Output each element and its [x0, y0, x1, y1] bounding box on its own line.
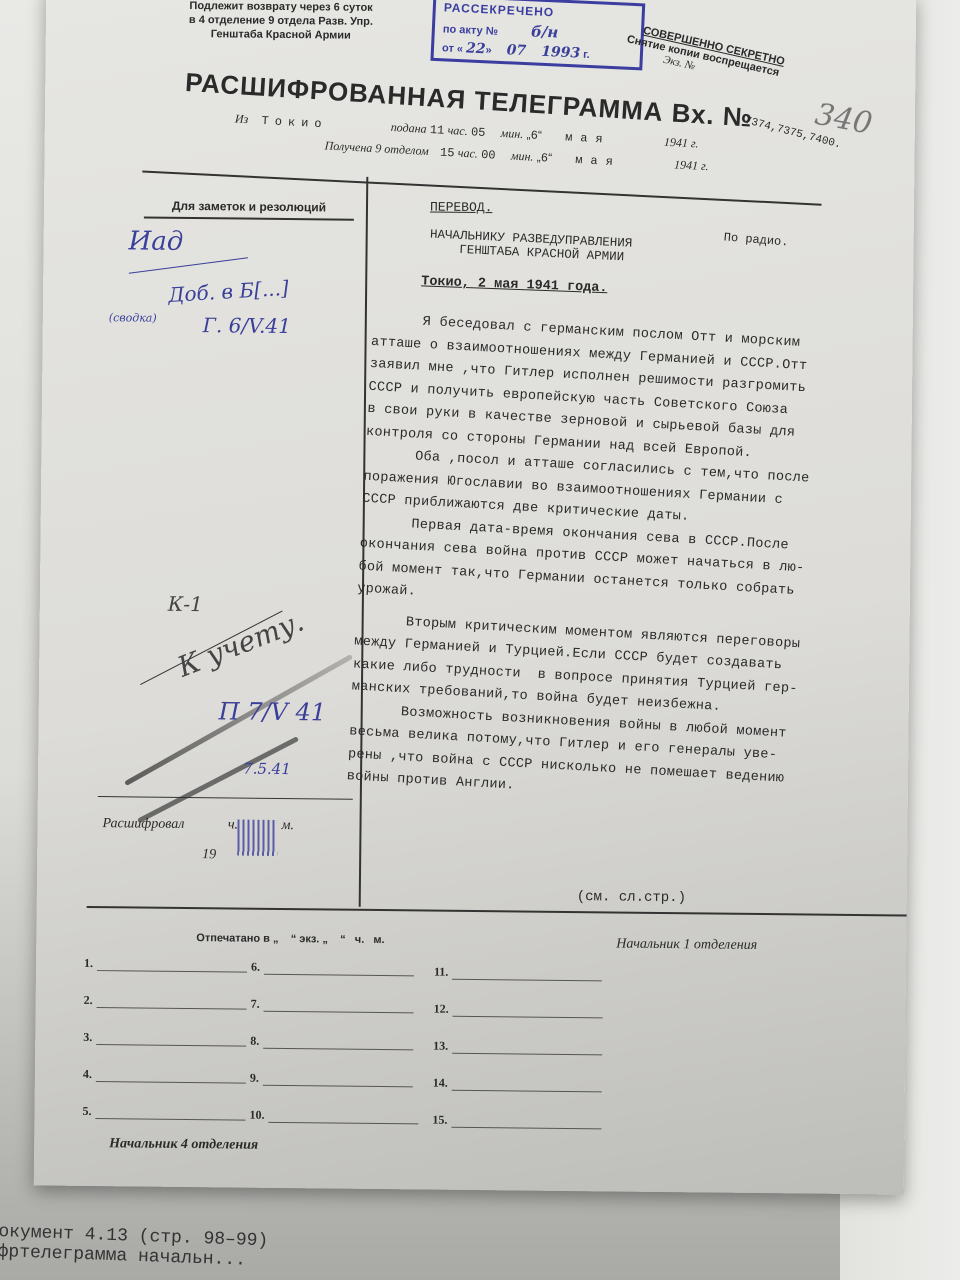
printed-copies-label: Отпечатано в „ “ экз. „ “ ч. м.	[196, 932, 384, 946]
sent-hour: 11	[430, 123, 445, 138]
place-date: Токио, 2 мая 1941 года.	[421, 274, 608, 296]
stamp-act-number: б/н	[531, 22, 559, 41]
copy-item-blank	[452, 1053, 602, 1056]
copy-item-blank	[264, 974, 414, 977]
copy-item-blank	[263, 1048, 413, 1051]
copy-item-number: 8.	[250, 1034, 259, 1048]
copy-item-blank	[452, 1090, 602, 1093]
minute-label: мин.	[500, 126, 523, 141]
sent-month: мая	[565, 130, 611, 146]
ink-scribble	[237, 820, 277, 856]
received-year: 1941 г.	[674, 157, 709, 173]
stamp-day: 22	[466, 40, 486, 57]
document-page: Подлежит возврату через 6 суток в 4 отде…	[34, 0, 917, 1195]
pencil-stroke	[137, 736, 299, 823]
copy-item-blank	[263, 1085, 413, 1088]
copy-item-number: 11.	[434, 965, 448, 979]
copy-item-number: 15.	[432, 1113, 447, 1127]
copy-item-blank	[97, 970, 247, 973]
received-label: Получена 9 отделом	[324, 138, 429, 158]
handwritten-note: Доб. в Б[...]	[168, 276, 290, 307]
translation-label: ПЕРЕВОД.	[430, 200, 493, 216]
handwritten-note: Иад	[128, 226, 183, 257]
pencil-note: К учету.	[173, 605, 308, 684]
copy-item-blank	[451, 1127, 601, 1130]
copy-item-blank	[96, 1044, 246, 1047]
addressee: НАЧАЛЬНИКУ РАЗВЕДУПРАВЛЕНИЯ ГЕНШТАБА КРА…	[429, 228, 633, 265]
handwritten-note: (сводка)	[109, 311, 157, 325]
sent-minute: 05	[471, 125, 486, 140]
copy-item-number: 4.	[83, 1067, 92, 1081]
copy-item-number: 9.	[250, 1071, 259, 1085]
sent-day: 6	[530, 128, 538, 142]
copy-item-number: 12.	[434, 1002, 449, 1016]
stamp-act-label: по акту №	[443, 23, 499, 37]
continued-note: (см. сл.стр.)	[577, 889, 686, 906]
copy-item-number: 2.	[84, 993, 93, 1007]
copy-item-number: 7.	[251, 997, 260, 1011]
received-hour: 15	[440, 146, 455, 161]
handwritten-underline	[129, 257, 248, 273]
footer-rule	[87, 906, 907, 917]
copy-item-blank	[452, 979, 602, 982]
copy-list-col-2: 6. 7. 8. 9. 10.	[249, 960, 420, 1147]
copy-item-blank	[268, 1122, 418, 1125]
message-body: Я беседовал с германским послом Отт и мо…	[346, 309, 817, 814]
notes-heading: Для заметок и резолюций	[144, 199, 354, 221]
from-label: Из	[235, 111, 249, 126]
copy-item-blank	[97, 1007, 247, 1010]
stamp-year: 1993	[541, 44, 581, 62]
return-note-line: Генштаба Красной Армии	[151, 27, 411, 44]
stamp-month: 07	[506, 42, 526, 59]
pencil-note: К-1	[168, 592, 203, 616]
copy-item-number: 5.	[82, 1104, 91, 1118]
hour-label: час.	[447, 123, 468, 138]
return-note-line: в 4 отделение 9 отдела Разв. Упр.	[151, 13, 411, 30]
classification-block: СОВЕРШЕННО СЕКРЕТНО Снятие копии воспрещ…	[623, 22, 786, 92]
decrypt-minute-label: м.	[281, 818, 294, 833]
received-day: 6	[540, 151, 548, 165]
book-caption: окумент 4.13 (стр. 98–99) фртелеграмма н…	[0, 1222, 269, 1271]
sent-label: подана	[390, 120, 427, 136]
decrypt-year-line: 19	[202, 847, 216, 863]
copy-item-blank	[95, 1118, 245, 1121]
decrypted-label: Расшифровал	[102, 816, 184, 832]
copy-list-col-3: 11. 12. 13. 14. 15.	[432, 965, 603, 1152]
chief-dept-4: Начальник 4 отделения	[109, 1136, 258, 1154]
minute-label: мин.	[511, 148, 534, 163]
copy-item-blank	[453, 1016, 603, 1019]
decrypt-rule	[98, 796, 353, 800]
declassified-stamp: РАССЕКРЕЧЕНО по акту № б/н от « 22» 07 1…	[430, 0, 645, 70]
copy-item-number: 14.	[433, 1076, 448, 1090]
copy-item-number: 6.	[251, 960, 260, 974]
sent-year: 1941 г.	[664, 135, 699, 151]
from-value: Токио	[261, 114, 328, 132]
copy-item-number: 1.	[84, 956, 93, 970]
chief-dept-1: Начальник 1 отделения	[616, 936, 757, 953]
copy-item-number: 13.	[433, 1039, 448, 1053]
decrypt-year-label: 19	[202, 847, 216, 862]
received-minute: 00	[481, 148, 496, 163]
copy-item-number: 3.	[83, 1030, 92, 1044]
stamp-date-label: от «	[442, 42, 464, 55]
copy-list-col-1: 1. 2. 3. 4. 5.	[82, 956, 247, 1143]
copy-item-number: 10.	[249, 1108, 264, 1122]
received-month: мая	[575, 153, 621, 169]
handwritten-note: П 7/V 41	[219, 697, 327, 726]
copy-item-blank	[96, 1081, 246, 1084]
hour-label: час.	[457, 146, 478, 161]
handwritten-note: 7.5.41	[243, 760, 291, 778]
handwritten-note: Г. 6/V.41	[203, 313, 291, 338]
delivery-method: По радио.	[723, 230, 789, 249]
return-note: Подлежит возврату через 6 суток в 4 отде…	[151, 0, 411, 43]
copy-item-blank	[264, 1011, 414, 1014]
